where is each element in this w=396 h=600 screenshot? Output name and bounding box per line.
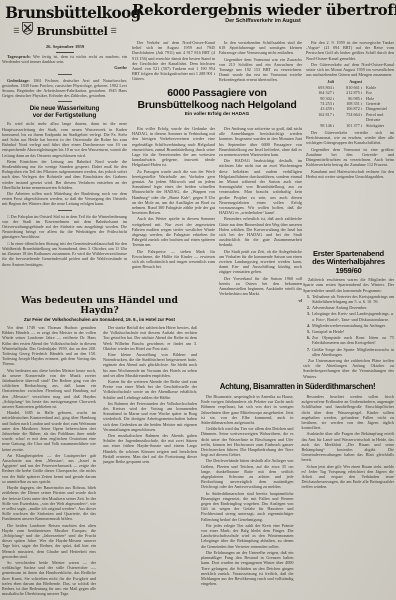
goods-name: Stückgüter [362, 123, 394, 128]
paragraph: Eine kleine Ausstellung von Bildern und … [103, 352, 197, 378]
spartenabend-headline-line2: des Winterhalbjahres 1959/60 [303, 258, 394, 275]
paragraph: □ Der Fahrplan im Ortsteil Süd ist in de… [2, 214, 127, 240]
spartenabend-intro: Zahlreich erschienen waren die Mitgliede… [303, 277, 394, 293]
table-row: 98 146 t101 377 tStückgüter [308, 123, 394, 128]
masthead-title: Brunsbüttelkoog [5, 4, 125, 21]
rekord-headline: Rekordergebnis wieder übertroffen [132, 2, 394, 18]
paragraph: Den musikalischen Rahmen des Abends gabe… [103, 433, 197, 464]
tagesspruch: Tagesspruch: Wer fertig ist, dem ist nic… [2, 54, 127, 64]
passagiere-signoff: -el [219, 298, 302, 303]
goods-tonnage: 754 664 t [334, 112, 362, 123]
paragraph: An Klangbeispielen — der Lautsprecher ga… [2, 453, 96, 484]
coat-of-arms-icon [22, 22, 33, 40]
passagiere-column-a: Ein voller Erfolg wurde der Gedanke der … [132, 126, 215, 292]
paragraph: In Süderdithmarschen sind bereits haupta… [201, 491, 294, 522]
wasserleitung-headline-line1: Die neue Wasserleitung [2, 105, 127, 112]
paragraph: Auch das Wetter spielte in diesem Sommer… [132, 216, 215, 247]
paragraph: Der Andrang war zeitweise so groß, daß n… [219, 126, 302, 157]
list-item-text: Mitgliederwerbeveranstaltung für Anfänge… [312, 323, 394, 328]
paragraph: Haydn dagegen, der Bauernsohn aus Rohrau… [2, 485, 96, 521]
goods-tonnage: 101 377 t [334, 123, 362, 128]
spartenabend-closing: Zur Untermauerung der zahlreichen Pläne … [303, 358, 394, 380]
list-item-text: Zur Olympiade nach Rom: Ideen zu 75 Fahr… [312, 335, 394, 345]
paragraph: Im Rahmen der Feierstunden der Volkshoch… [103, 401, 197, 432]
goods-table-rows: 693 804 t810 661 tKohle164 327 t212 875 … [308, 85, 394, 128]
ornament-right-icon: ☰ [111, 28, 117, 35]
paragraph: So verschieden beide Meister waren — der… [2, 560, 96, 596]
list-item-number: 5. [303, 329, 312, 334]
section-divider [58, 101, 72, 102]
paragraph: Gegenüber dem Vormonat ist eine größere … [306, 147, 394, 168]
rekord-subhead: Der Schiffsverkehr im August [132, 18, 394, 25]
rekord-column-c-bottom: Der Güterverkehr verteilte sich im Beric… [306, 130, 394, 179]
masthead-subtitle: Brunsbüttel [36, 25, 107, 38]
paragraph: Ein voller Erfolg wurde der Gedanke der … [132, 126, 215, 168]
paragraph: Gefährlich wird das Tier vor allem den D… [201, 426, 294, 457]
list-item: 6.Zur Olympiade nach Rom: Ideen zu 75 Fa… [303, 335, 394, 345]
paragraph: Was bedeuten uns diese beiden Meister he… [2, 368, 96, 410]
paragraph: Der Verkehr auf dem Nord-Ostsee-Kanal be… [132, 40, 215, 82]
paragraph: Karten für die weiteren Abende der Reihe… [103, 379, 197, 400]
list-item-number: 4. [303, 323, 312, 328]
rekord-column-c: Für den 2. 9. 1959 ist der norwegische T… [306, 40, 394, 248]
paragraph: Der Vorverkauf für die Saison 1960 soll … [219, 276, 302, 297]
paragraph: Der starke Beifall der zahlreichen Hörer… [103, 325, 197, 351]
goods-name: Petrol und Derivate [362, 112, 394, 123]
list-item-number: 6. [303, 335, 312, 345]
paragraph: Auskünfte über alle Fragen der Bekämpfun… [302, 431, 395, 462]
list-item-text: Lehrgänge des Kreis- und Landesjugendrin… [312, 311, 394, 321]
spartenabend-article: Erster Spartenabend des Winterhalbjahres… [303, 250, 394, 380]
paragraph: In den vorstehenden Schiffszahlen sind d… [219, 40, 302, 56]
paragraph: Gegenüber dem Vormonat war ein Zuwachs v… [219, 57, 302, 83]
newspaper-page: Brunsbüttelkoog ☰ Brunsbüttel ☰ 26. Sept… [0, 0, 396, 600]
paragraph: Die Erfahrungen an der Unterelbe zeigen,… [201, 550, 294, 586]
list-item: 5.Gastspiel in Heide! [303, 329, 394, 334]
bisamratten-body: Die Bisamratte, ursprünglich in Amerika … [201, 394, 394, 596]
ornament-left-icon: ☰ [13, 28, 19, 35]
goods-tonnage: 98 146 t [308, 123, 334, 128]
paragraph: Der Güterverkehr verteilte sich im Beric… [306, 130, 394, 146]
passagiere-headline-line1: 6000 Passagiere von [132, 88, 302, 100]
paragraph: Die Deichverbände bitten deshalb alle An… [201, 458, 294, 489]
list-item: 2.Adventsbasar Anfang Dezember. [303, 305, 394, 310]
paragraph: Besonders erfreulich ist, daß auch zahlr… [219, 216, 302, 247]
rekord-headline-block: Rekordergebnis wieder übertroffen Der Sc… [132, 2, 394, 25]
paragraph: Die Fahrpreise — sieben Mark für Erwachs… [132, 249, 215, 270]
bisamratten-article: Achtung, Bisamratten in Süderdithmarsche… [201, 382, 394, 598]
tagesspruch-author: Goethe [2, 65, 127, 70]
goods-tonnage: 162 817 t [308, 112, 334, 123]
paragraph: Beim Einrichten der Leitung am Bahnhof N… [2, 159, 127, 190]
wasserleitung-body: Es wird nicht mehr allzu lange dauern, d… [2, 121, 127, 206]
passagiere-headline-block: 6000 Passagiere von Brunsbüttelkoog nach… [132, 88, 302, 118]
paragraph: Für jedes erlegte Tier zahlt der Kreis e… [201, 523, 294, 549]
goods-table: Juli August 693 804 t810 661 tKohle164 3… [308, 79, 394, 128]
paragraph: □ In einer öffentlichen Sitzung tritt de… [2, 241, 127, 267]
list-item: 7.Größte Sorge der Sparte: Mitgliederzuw… [303, 347, 394, 357]
paragraph: Schon jetzt aber gilt: Wer einen Bisam s… [302, 464, 395, 490]
paragraph: Für den 2. 9. 1959 ist der norwegische T… [306, 40, 394, 61]
list-item-number: 1. [303, 294, 312, 304]
list-item-number: 7. [303, 347, 312, 357]
paragraph: Händel, 1685 in Halle geboren, wuchs im … [2, 410, 96, 452]
issue-date: 26. September 1959 [2, 44, 128, 50]
spartenabend-headline: Erster Spartenabend des Winterhalbjahres… [303, 250, 394, 275]
paragraph: Zur Untermauerung der zahlreichen Pläne … [303, 358, 394, 379]
list-item-number: 2. [303, 305, 312, 310]
rekord-column-c-top: Für den 2. 9. 1959 ist der norwegische T… [306, 40, 394, 77]
haendel-headline: Was bedeuten uns Händel und Haydn? [2, 296, 197, 316]
spartenabend-program-list: 1.Teilnahme als Vertreter des Kreisjugen… [303, 294, 394, 357]
list-item-text: Adventsbasar Anfang Dezember. [312, 305, 394, 310]
gedenktage: Gedenktage: 1861 Fechner, deutscher Arzt… [2, 78, 127, 99]
local-notices: □ Der Fahrplan im Ortsteil Süd ist in de… [2, 214, 127, 267]
passagiere-column-b-text: Der Andrang war zeitweise so groß, daß n… [219, 126, 302, 297]
paragraph: Es wird nicht mehr allzu lange dauern, d… [2, 121, 127, 157]
list-item: 1.Teilnahme als Vertreter des Kreisjugen… [303, 294, 394, 304]
passagiere-subhead: Ein voller Erfolg der HADAG [132, 111, 302, 118]
masthead-rule [56, 52, 74, 53]
rekord-column-b: In den vorstehenden Schiffszahlen sind d… [219, 40, 302, 87]
list-item-text: Gastspiel in Heide! [312, 329, 394, 334]
paragraph: Kanalamt und Hafenwirtschaft rechnen für… [306, 169, 394, 179]
paragraph: Die Bisamratte, ursprünglich in Amerika … [201, 394, 294, 425]
paragraph: Die HADAG beabsichtigt deshalb, im nächs… [219, 158, 302, 215]
wasserleitung-headline-line2: vor der Fertigstellung [2, 112, 127, 119]
list-item-number: 3. [303, 311, 312, 321]
paragraph: Vor dem 1749 von Thomas Hudson gemalten … [2, 325, 96, 367]
wasserleitung-headline: Die neue Wasserleitung vor der Fertigste… [2, 105, 127, 119]
bisamratten-headline: Achtung, Bisamratten in Süderdithmarsche… [201, 382, 394, 391]
rekord-column-a: Der Verkehr auf dem Nord-Ostsee-Kanal be… [132, 40, 215, 87]
list-item-text: Teilnahme als Vertreter des Kreisjugendr… [312, 294, 394, 304]
section-divider [58, 210, 72, 211]
paragraph: Die beiden Londoner Reisen machten den a… [2, 523, 96, 559]
passagiere-headline-line2: Brunsbüttelkoog nach Helgoland [132, 100, 302, 112]
paragraph: Besonders beachtet werden sollen frisch … [302, 394, 395, 430]
masthead: Brunsbüttelkoog ☰ Brunsbüttel ☰ 26. Sept… [2, 4, 128, 53]
paragraph: Die Arbeiten sollen nach Mitteilung der … [2, 191, 127, 207]
paragraph: Zu Passagen wurde auch die von der Werft… [132, 169, 215, 216]
haendel-body: Vor dem 1749 von Thomas Hudson gemalten … [2, 325, 197, 598]
haendel-subhead: Zur Feier der Volkshochschulen am Sonnab… [2, 316, 197, 323]
table-row: 162 817 t754 664 tPetrol und Derivate [308, 112, 394, 123]
masthead-row: ☰ Brunsbüttel ☰ [2, 22, 128, 40]
list-item-text: Größte Sorge der Sparte: Mitgliederzuwac… [312, 347, 394, 357]
paragraph: Die Stadt prüft zur Zeit, ob die Anlegeb… [219, 249, 302, 275]
section-divider [58, 74, 72, 75]
left-rail: Tagesspruch: Wer fertig ist, dem ist nic… [2, 54, 127, 294]
haendel-article: Was bedeuten uns Händel und Haydn? Zur F… [2, 296, 197, 598]
list-item: 3.Lehrgänge des Kreis- und Landesjugendr… [303, 311, 394, 321]
paragraph: Der Güterverkehr auf dem Nord-Ostsee-Kan… [306, 62, 394, 78]
passagiere-column-b: Der Andrang war zeitweise so groß, daß n… [219, 126, 302, 368]
list-item: 4.Mitgliederwerbeveranstaltung für Anfän… [303, 323, 394, 328]
